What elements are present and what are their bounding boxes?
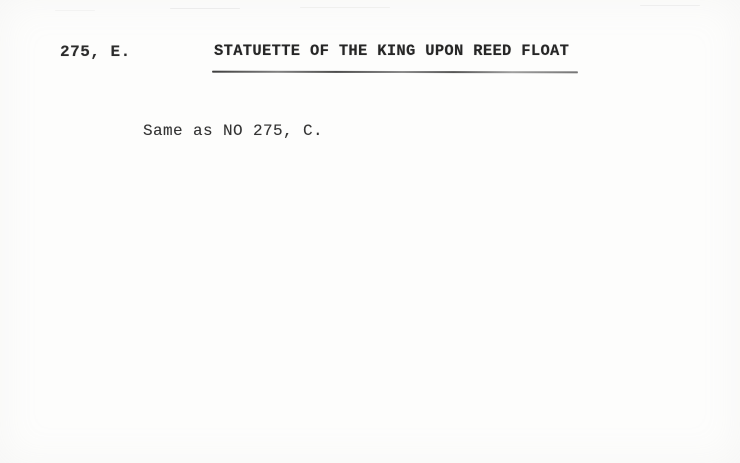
scan-noise-mark bbox=[640, 5, 700, 6]
scan-noise-mark bbox=[300, 7, 390, 8]
card-title: STATUETTE OF THE KING UPON REED FLOAT bbox=[214, 42, 569, 60]
scanned-catalog-card: 275, E. STATUETTE OF THE KING UPON REED … bbox=[0, 0, 740, 463]
scan-noise-mark bbox=[170, 8, 240, 9]
scan-noise-mark bbox=[55, 10, 95, 11]
catalog-number: 275, E. bbox=[60, 43, 131, 61]
card-note: Same as NO 275, C. bbox=[143, 122, 323, 140]
title-underline bbox=[212, 71, 578, 74]
